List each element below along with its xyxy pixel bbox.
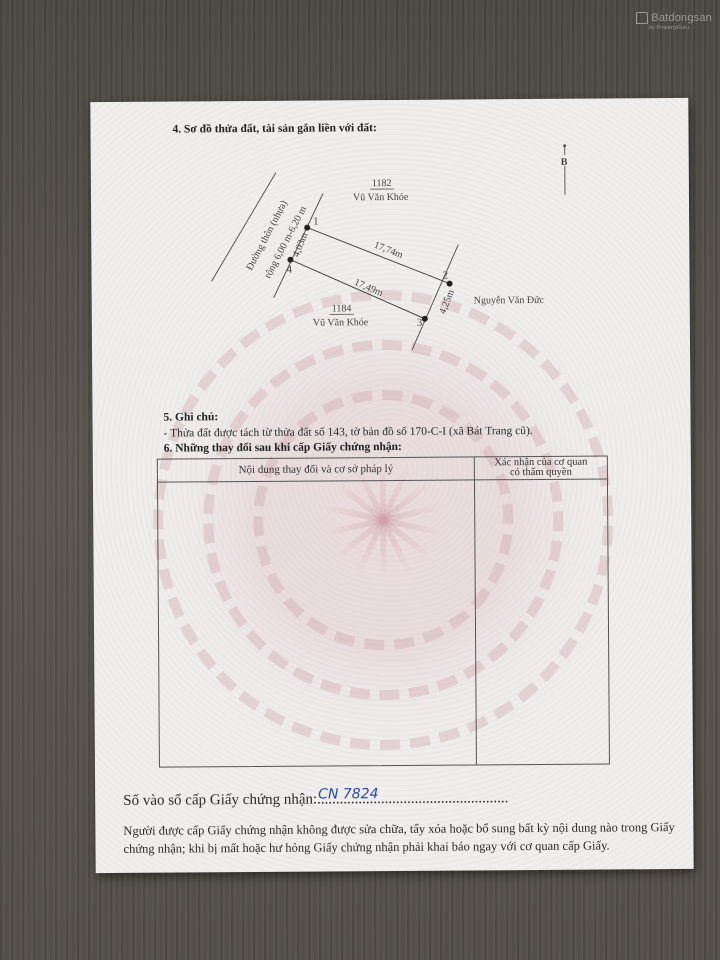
watermark-tagline: by PropertyGuru — [649, 25, 689, 31]
registry-handwritten-value: CN 7824 — [318, 786, 378, 802]
edge-4-3-length: 17,49m — [352, 277, 384, 299]
legal-notice: Người được cấp Giấy chứng nhận không đượ… — [123, 818, 683, 858]
neighbor-south-owner: Vũ Văn Khóe — [313, 317, 369, 328]
changes-table: Nội dung thay đổi và cơ sở pháp lý Xác n… — [157, 455, 610, 767]
neighbor-north-parcel: 1182 — [372, 178, 392, 189]
neighbor-east-owner: Nguyễn Văn Đức — [474, 295, 545, 306]
registry-label: Số vào sổ cấp Giấy chứng nhận: — [123, 792, 317, 809]
point-3-label: 3 — [417, 317, 423, 329]
column-header-authority-confirmation: Xác nhận của cơ quan có thẩm quyền — [475, 457, 607, 478]
table-column-divider — [474, 457, 477, 764]
point-4-label: 4 — [286, 264, 292, 276]
north-label: B — [561, 157, 568, 168]
land-plot-diagram: B 1 2 3 4 Đường thôn (nhựa) rộng 6,00 m-… — [90, 98, 690, 422]
point-2-label: 2 — [442, 270, 448, 282]
neighbor-south-parcel: 1184 — [332, 303, 352, 314]
land-certificate-page: 4. Sơ đồ thửa đất, tài sản gắn liền với … — [90, 98, 693, 873]
column-header-line-2: có thẩm quyền — [475, 467, 607, 478]
edge-1-2-length: 17,74m — [372, 240, 404, 261]
point-1-label: 1 — [313, 216, 319, 228]
table-header-divider — [158, 478, 607, 482]
neighbor-north-owner: Vũ Văn Khóe — [353, 192, 409, 203]
north-arrow-icon: B — [559, 144, 570, 195]
edge-2-3-length: 4,25m — [437, 288, 457, 316]
section-5-title: 5. Ghi chú: — [163, 411, 218, 423]
watermark-brand: Batdongsan — [651, 12, 712, 24]
column-header-change-content: Nội dung thay đổi và cơ sở pháp lý — [158, 462, 474, 476]
section-6-title: 6. Những thay đổi sau khi cấp Giấy chứng… — [164, 441, 402, 455]
watermark: Batdongsan by PropertyGuru — [636, 12, 712, 24]
section-5-note: - Thửa đất được tách từ thửa đất số 143,… — [164, 425, 533, 440]
house-logo-icon — [636, 12, 648, 24]
registry-number-line: Số vào sổ cấp Giấy chứng nhận:..........… — [123, 790, 508, 810]
